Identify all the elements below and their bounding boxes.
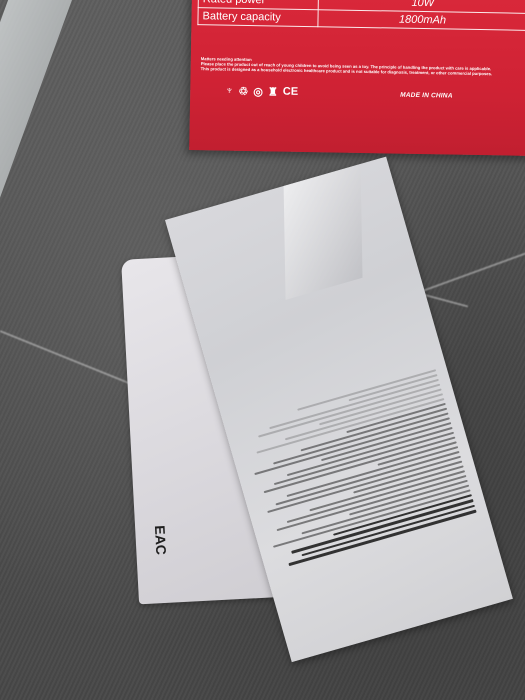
- spec-table: Rated power 10W Battery capacity 1800mAh: [197, 0, 525, 31]
- recycle-icon: ♲: [238, 85, 248, 98]
- made-in-label: MADE IN CHINA: [400, 92, 453, 100]
- spec-value: 1800mAh: [318, 10, 525, 31]
- product-box: Rated power 10W Battery capacity 1800mAh…: [189, 0, 525, 156]
- attention-notice: Matters needing attention Please place t…: [201, 56, 525, 77]
- spec-label: Battery capacity: [198, 8, 318, 27]
- eco-icon: ◎: [253, 85, 263, 98]
- eac-mark: EAC: [152, 525, 170, 555]
- photo-scene: Rated power 10W Battery capacity 1800mAh…: [0, 0, 525, 700]
- bin-icon: ♜: [268, 85, 278, 98]
- ce-mark-icon: CE: [283, 86, 299, 99]
- fragile-icon: ♆: [225, 85, 233, 98]
- leaflet-text: [238, 366, 478, 572]
- certification-icons: ♆ ♲ ◎ ♜ CE: [225, 85, 298, 99]
